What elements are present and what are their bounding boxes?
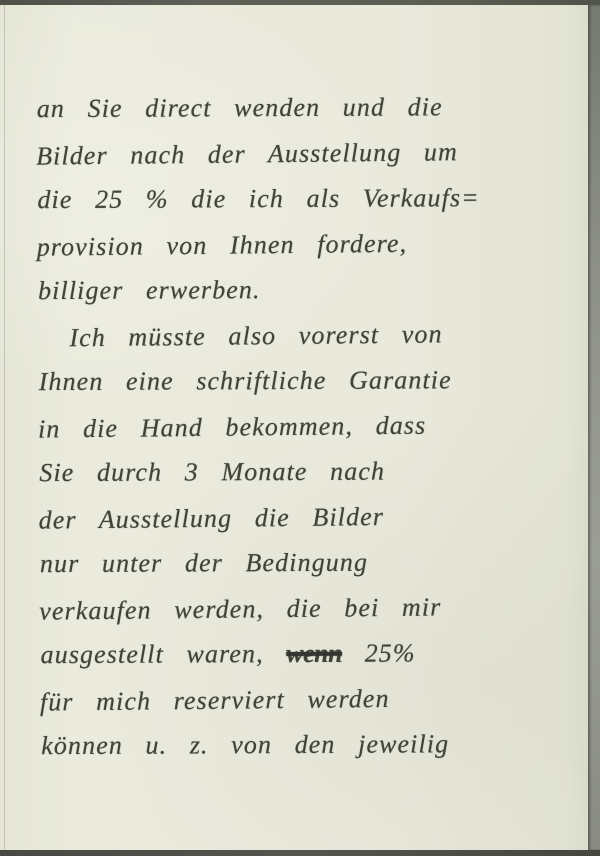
scan-edge-bottom — [0, 850, 600, 856]
line-text: in die Hand bekommen, dass — [38, 410, 427, 443]
letter-line: in die Hand bekommen, dass — [38, 401, 542, 452]
letter-line: die 25 % die ich als Verkaufs= — [37, 175, 541, 223]
scan-edge-top — [0, 0, 600, 5]
line-text: Ihnen eine schriftliche Garantie — [39, 365, 452, 396]
line-text: ausgestellt waren, — [41, 639, 287, 669]
line-text: nur unter der Bedingung — [40, 548, 368, 578]
letter-line: Bilder nach der Ausstellung um — [36, 128, 540, 179]
letter-line: nur unter der Bedingung — [40, 539, 544, 587]
line-text: provision von Ihnen fordere, — [37, 228, 408, 261]
line-text: verkaufen werden, die bei mir — [39, 592, 441, 625]
letter-line: provision von Ihnen fordere, — [37, 219, 541, 270]
letter-line: für mich reserviert werden — [40, 674, 544, 725]
line-text: der Ausstellung die Bilder — [38, 502, 384, 535]
line-text: können u. z. von den jeweilig — [41, 729, 449, 760]
letter-line: der Ausstellung die Bilder — [38, 492, 542, 543]
line-text: Bilder nach der Ausstellung um — [36, 137, 458, 170]
letter-line: können u. z. von den jeweilig — [41, 721, 545, 769]
letter-body: an Sie direct wenden und dieBilder nach … — [36, 83, 545, 769]
scanned-letter-page: an Sie direct wenden und dieBilder nach … — [0, 0, 600, 856]
line-text: billiger erwerben. — [38, 275, 261, 305]
letter-line: an Sie direct wenden und die — [37, 84, 541, 132]
line-text: Sie durch 3 Monate nach — [39, 457, 385, 488]
line-text: für mich reserviert werden — [40, 683, 390, 716]
letter-line: Sie durch 3 Monate nach — [39, 448, 543, 496]
letter-paper: an Sie direct wenden und dieBilder nach … — [0, 5, 588, 850]
letter-line: Ich müsste also vorerst von — [37, 310, 541, 361]
line-text: an Sie direct wenden und die — [37, 92, 443, 123]
letter-line: billiger erwerben. — [38, 266, 542, 314]
struck-word: wenn — [286, 639, 342, 668]
line-text: die 25 % die ich als Verkaufs= — [37, 183, 480, 214]
letter-line: ausgestellt waren, wenn 25% — [40, 630, 544, 678]
scan-edge-right — [588, 5, 600, 850]
line-text: 25% — [342, 638, 416, 667]
letter-line: verkaufen werden, die bei mir — [39, 583, 543, 634]
paper-edge-line — [4, 5, 5, 850]
letter-line: Ihnen eine schriftliche Garantie — [39, 357, 543, 405]
line-text: Ich müsste also vorerst von — [69, 319, 443, 352]
